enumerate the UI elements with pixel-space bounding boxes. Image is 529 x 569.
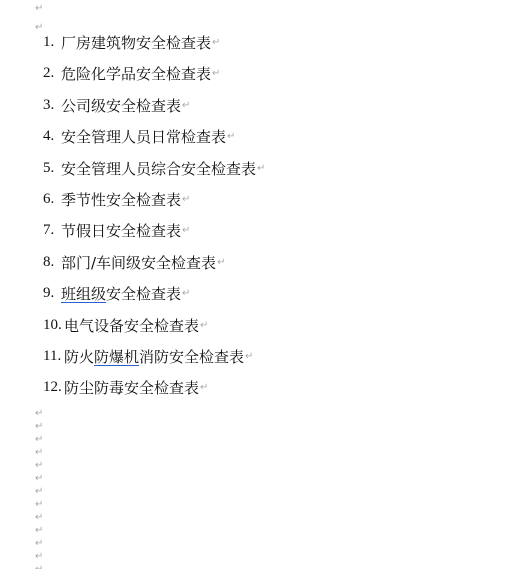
text-run: 防火 (64, 348, 94, 366)
list-item[interactable]: 6.季节性安全检查表↵ (43, 187, 190, 211)
list-item[interactable]: 1.厂房建筑物安全检查表↵ (43, 30, 220, 54)
text-run: 安全管理人员日常检查表 (61, 128, 226, 146)
paragraph-mark-icon: ↵ (227, 132, 235, 142)
paragraph-mark-icon: ↵ (182, 101, 190, 111)
empty-paragraph[interactable]: ↵ (35, 453, 43, 465)
paragraph-mark-icon: ↵ (200, 321, 208, 331)
paragraph-mark-icon: ↵ (182, 226, 190, 236)
list-number: 9. (43, 285, 61, 302)
list-item-text: 部门/车间级安全检查表 (61, 252, 216, 273)
text-run: 季节性安全检查表 (61, 191, 181, 209)
list-number: 8. (43, 254, 61, 271)
text-run: 电气设备安全检查表 (64, 317, 199, 335)
list-number: 12. (43, 379, 64, 396)
list-number: 4. (43, 128, 61, 145)
list-item-text: 公司级安全检查表 (61, 95, 181, 116)
list-number: 1. (43, 34, 61, 51)
list-item[interactable]: 8.部门/车间级安全检查表↵ (43, 250, 225, 274)
list-item[interactable]: 11.防火防爆机消防安全检查表↵ (43, 344, 253, 368)
list-item-text: 班组级安全检查表 (61, 283, 181, 304)
list-item-text: 季节性安全检查表 (61, 189, 181, 210)
empty-paragraph[interactable]: ↵ (35, 518, 43, 530)
list-item[interactable]: 12.防尘防毒安全检查表↵ (43, 375, 208, 399)
paragraph-mark-icon: ↵ (200, 383, 208, 393)
paragraph-mark-icon: ↵ (257, 164, 265, 174)
text-run: 消防安全检查表 (139, 348, 244, 366)
text-run: 危险化学品安全检查表 (61, 65, 211, 83)
list-item[interactable]: 4.安全管理人员日常检查表↵ (43, 124, 235, 148)
paragraph-mark-icon: ↵ (212, 69, 220, 79)
empty-paragraph[interactable]: ↵ (35, 15, 43, 27)
empty-paragraph[interactable]: ↵ (35, 544, 43, 556)
list-item[interactable]: 5.安全管理人员综合安全检查表↵ (43, 156, 265, 180)
list-number: 6. (43, 191, 61, 208)
list-number: 2. (43, 65, 61, 82)
empty-paragraph[interactable]: ↵ (35, 557, 43, 569)
text-run: 防尘防毒安全检查表 (64, 379, 199, 397)
text-run: 厂房建筑物安全检查表 (61, 34, 211, 52)
empty-paragraph[interactable]: ↵ (35, 505, 43, 517)
empty-paragraph[interactable]: ↵ (35, 0, 43, 8)
text-run: 公司级安全检查表 (61, 97, 181, 115)
list-item[interactable]: 3.公司级安全检查表↵ (43, 93, 190, 117)
empty-paragraph[interactable]: ↵ (35, 479, 43, 491)
paragraph-mark-icon: ↵ (182, 195, 190, 205)
list-number: 10. (43, 317, 64, 334)
list-number: 5. (43, 160, 61, 177)
list-item-text: 防尘防毒安全检查表 (64, 377, 199, 398)
list-item-text: 厂房建筑物安全检查表 (61, 32, 211, 53)
text-run: 节假日安全检查表 (61, 222, 181, 240)
empty-paragraph[interactable]: ↵ (35, 414, 43, 426)
paragraph-mark-icon: ↵ (245, 352, 253, 362)
list-item[interactable]: 2.危险化学品安全检查表↵ (43, 61, 220, 85)
paragraph-mark-icon: ↵ (212, 38, 220, 48)
list-item-text: 节假日安全检查表 (61, 220, 181, 241)
paragraph-mark-icon: ↵ (35, 3, 43, 14)
list-item-text: 危险化学品安全检查表 (61, 63, 211, 84)
text-run: 部门/车间级安全检查表 (61, 254, 216, 272)
paragraph-mark-icon: ↵ (182, 289, 190, 299)
list-item-text: 电气设备安全检查表 (64, 315, 199, 336)
text-run: 安全管理人员综合安全检查表 (61, 160, 256, 178)
text-run: 安全检查表 (106, 285, 181, 303)
empty-paragraph[interactable]: ↵ (35, 492, 43, 504)
list-item[interactable]: 10.电气设备安全检查表↵ (43, 313, 208, 337)
list-item-text: 安全管理人员综合安全检查表 (61, 158, 256, 179)
list-number: 3. (43, 97, 61, 114)
paragraph-mark-icon: ↵ (35, 564, 43, 569)
document-page[interactable]: ↵↵ 1.厂房建筑物安全检查表↵2.危险化学品安全检查表↵3.公司级安全检查表↵… (0, 0, 529, 569)
grammar-flagged-text: 防爆机 (94, 348, 139, 366)
list-item-text: 安全管理人员日常检查表 (61, 126, 226, 147)
empty-paragraph[interactable]: ↵ (35, 401, 43, 413)
empty-paragraph[interactable]: ↵ (35, 440, 43, 452)
empty-paragraph[interactable]: ↵ (35, 466, 43, 478)
list-number: 11. (43, 348, 64, 365)
grammar-flagged-text: 班组级 (61, 285, 106, 303)
empty-paragraph[interactable]: ↵ (35, 427, 43, 439)
list-item[interactable]: 9.班组级安全检查表↵ (43, 281, 190, 305)
list-item-text: 防火防爆机消防安全检查表 (64, 346, 244, 367)
list-number: 7. (43, 222, 61, 239)
list-item[interactable]: 7.节假日安全检查表↵ (43, 218, 190, 242)
empty-paragraph[interactable]: ↵ (35, 531, 43, 543)
paragraph-mark-icon: ↵ (217, 258, 225, 268)
